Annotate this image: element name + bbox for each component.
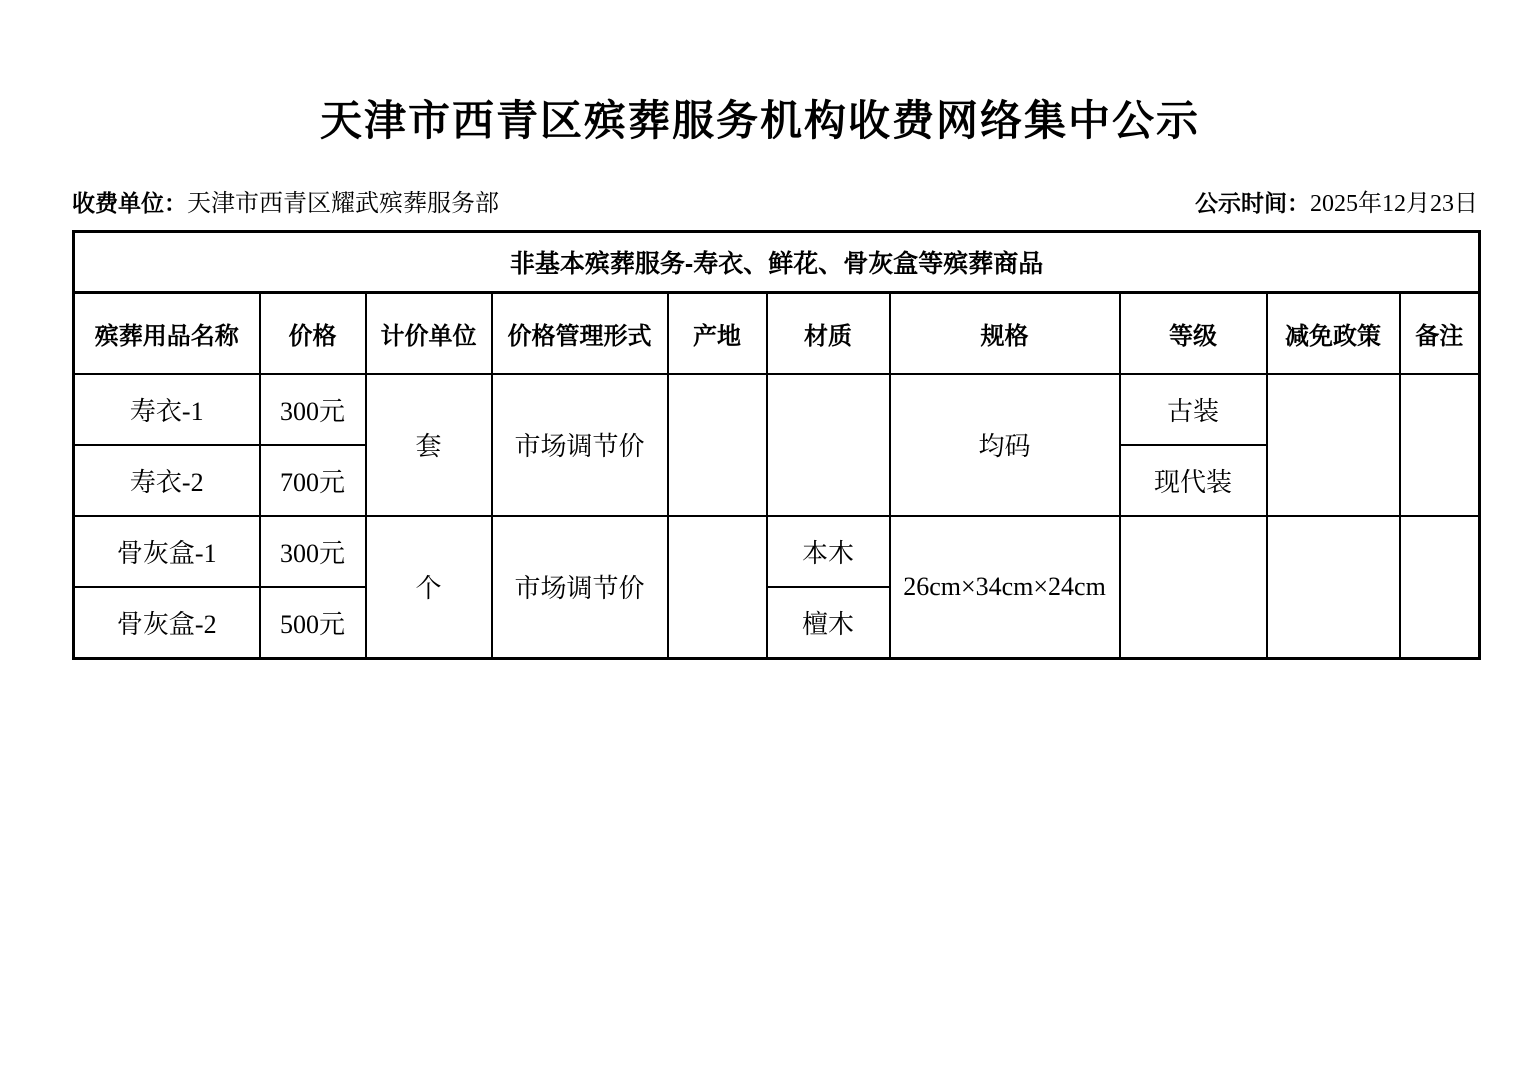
col-header-material: 材质 xyxy=(767,292,890,374)
table-row-guhuihe-1: 骨灰盒-1 300元 个 市场调节价 本木 26cm×34cm×24cm xyxy=(74,516,1480,587)
publish-time: 公示时间：2025年12月23日 xyxy=(1195,183,1478,218)
col-header-origin: 产地 xyxy=(668,292,767,374)
cell-origin xyxy=(668,516,767,659)
cell-product-name: 骨灰盒-1 xyxy=(74,516,260,587)
cell-price: 300元 xyxy=(260,374,366,445)
page-title: 天津市西青区殡葬服务机构收费网络集中公示 xyxy=(0,0,1520,149)
col-header-spec: 规格 xyxy=(890,292,1120,374)
col-header-remark: 备注 xyxy=(1400,292,1480,374)
cell-product-name: 寿衣-1 xyxy=(74,374,260,445)
cell-spec: 26cm×34cm×24cm xyxy=(890,516,1120,659)
cell-material: 本木 xyxy=(767,516,890,587)
cell-remark xyxy=(1400,516,1480,659)
col-header-product-name: 殡葬用品名称 xyxy=(74,292,260,374)
document-page: 天津市西青区殡葬服务机构收费网络集中公示 收费单位：天津市西青区耀武殡葬服务部 … xyxy=(0,0,1520,1074)
charging-unit: 收费单位：天津市西青区耀武殡葬服务部 xyxy=(72,183,499,218)
cell-price: 700元 xyxy=(260,445,366,516)
cell-material xyxy=(767,374,890,516)
table-header-row: 殡葬用品名称 价格 计价单位 价格管理形式 产地 材质 规格 等级 减免政策 备… xyxy=(74,292,1480,374)
cell-product-name: 骨灰盒-2 xyxy=(74,587,260,659)
publish-time-label: 公示时间： xyxy=(1195,190,1310,216)
col-header-grade: 等级 xyxy=(1120,292,1267,374)
cell-material: 檀木 xyxy=(767,587,890,659)
cell-price-form: 市场调节价 xyxy=(492,374,668,516)
col-header-price: 价格 xyxy=(260,292,366,374)
cell-origin xyxy=(668,374,767,516)
cell-price-form: 市场调节价 xyxy=(492,516,668,659)
cell-unit: 个 xyxy=(366,516,492,659)
cell-grade: 现代装 xyxy=(1120,445,1267,516)
cell-grade xyxy=(1120,516,1267,659)
publish-time-value: 2025年12月23日 xyxy=(1310,191,1478,217)
cell-unit: 套 xyxy=(366,374,492,516)
meta-row: 收费单位：天津市西青区耀武殡葬服务部 公示时间：2025年12月23日 xyxy=(72,183,1478,218)
cell-relief xyxy=(1267,374,1400,516)
col-header-price-form: 价格管理形式 xyxy=(492,292,668,374)
cell-remark xyxy=(1400,374,1480,516)
col-header-unit: 计价单位 xyxy=(366,292,492,374)
cell-relief xyxy=(1267,516,1400,659)
cell-product-name: 寿衣-2 xyxy=(74,445,260,516)
charging-unit-value: 天津市西青区耀武殡葬服务部 xyxy=(187,191,499,217)
cell-price: 500元 xyxy=(260,587,366,659)
table-section-title: 非基本殡葬服务-寿衣、鲜花、骨灰盒等殡葬商品 xyxy=(74,231,1480,292)
fee-table: 非基本殡葬服务-寿衣、鲜花、骨灰盒等殡葬商品 殡葬用品名称 价格 计价单位 价格… xyxy=(72,230,1481,660)
col-header-relief: 减免政策 xyxy=(1267,292,1400,374)
cell-grade: 古装 xyxy=(1120,374,1267,445)
table-section-title-row: 非基本殡葬服务-寿衣、鲜花、骨灰盒等殡葬商品 xyxy=(74,231,1480,292)
charging-unit-label: 收费单位： xyxy=(72,190,187,216)
cell-spec: 均码 xyxy=(890,374,1120,516)
cell-price: 300元 xyxy=(260,516,366,587)
table-row-shouyi-1: 寿衣-1 300元 套 市场调节价 均码 古装 xyxy=(74,374,1480,445)
